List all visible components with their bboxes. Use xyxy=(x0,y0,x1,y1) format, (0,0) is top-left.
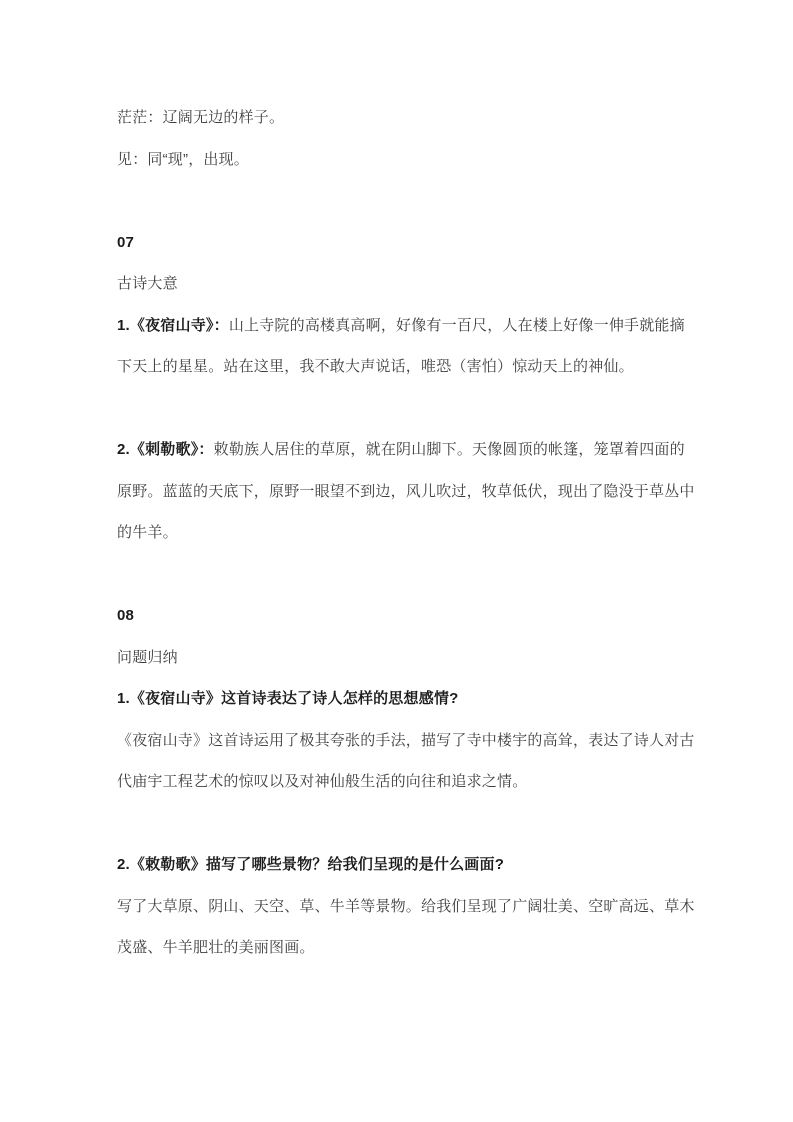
poem-meaning-item-2: 2.《刺勒歌》：敕勒族人居住的草原，就在阴山脚下。天像圆顶的帐篷，笼罩着四面的 … xyxy=(117,429,763,554)
note-line-mangmang: 茫茫：辽阔无边的样子。 xyxy=(117,97,763,139)
document-page: 茫茫：辽阔无边的样子。 见：同“现”，出现。 07 古诗大意 1.《夜宿山寺》：… xyxy=(0,0,793,1122)
note-line-jian: 见：同“现”，出现。 xyxy=(117,139,763,181)
section-title-gushidayi: 古诗大意 xyxy=(117,263,763,305)
poem-meaning-item-1: 1.《夜宿山寺》：山上寺院的高楼真高啊，好像有一百尺，人在楼上好像一伸手就能摘 … xyxy=(117,305,763,388)
qa-question-2: 2.《敕勒歌》描写了哪些景物？给我们呈现的是什么画面? xyxy=(117,844,763,886)
poem-meaning-1-title: 1.《夜宿山寺》： xyxy=(117,317,229,334)
section-number-08: 08 xyxy=(117,595,763,637)
section-title-wentiguina: 问题归纳 xyxy=(117,637,763,679)
qa-answer-1: 《夜宿山寺》这首诗运用了极其夸张的手法，描写了寺中楼宇的高耸，表达了诗人对古 代… xyxy=(117,720,763,803)
section-number-07: 07 xyxy=(117,222,763,264)
poem-meaning-2-title: 2.《刺勒歌》： xyxy=(117,441,214,458)
qa-question-1: 1.《夜宿山寺》这首诗表达了诗人怎样的思想感情? xyxy=(117,678,763,720)
qa-answer-2: 写了大草原、阴山、天空、草、牛羊等景物。给我们呈现了广阔壮美、空旷高远、草木 茂… xyxy=(117,886,763,969)
